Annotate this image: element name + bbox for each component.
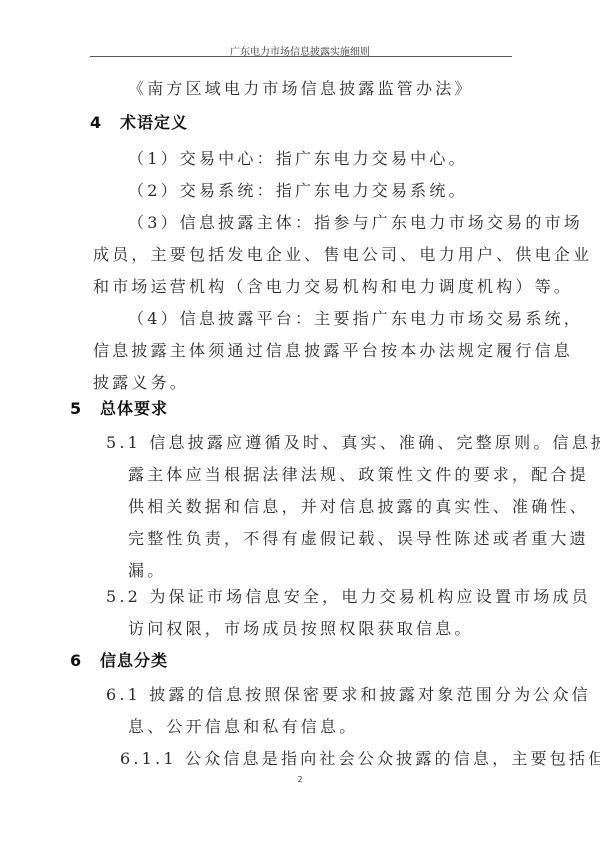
paragraph-line: 5.1 信息披露应遵循及时、真实、准确、完整原则。信息披 (106, 430, 600, 453)
section-title: 信息分类 (100, 651, 168, 670)
section-4-heading: 4术语定义 (90, 110, 188, 133)
paragraph-line: 息、公开信息和私有信息。 (128, 714, 358, 737)
reference-title: 《南方区域电力市场信息披露监管办法》 (128, 76, 474, 99)
paragraph-line: 供相关数据和信息，并对信息披露的真实性、准确性、 (128, 494, 589, 517)
paragraph-line: 披露义务。 (93, 370, 189, 393)
paragraph-line: 漏。 (128, 558, 166, 581)
section-number: 6 (70, 651, 100, 670)
section-5-heading: 5总体要求 (70, 396, 168, 419)
paragraph-line: （4）信息披露平台：主要指广东电力市场交易系统， (128, 306, 583, 329)
paragraph-line: （2）交易系统：指广东电力交易系统。 (128, 178, 468, 201)
paragraph-line: 信息披露主体须通过信息披露平台按本办法规定履行信息 (93, 338, 573, 361)
paragraph-line: 和市场运营机构（含电力交易机构和电力调度机构）等。 (93, 274, 573, 297)
page-number: 2 (0, 775, 600, 784)
paragraph-line: 5.2 为保证市场信息安全，电力交易机构应设置市场成员 (106, 584, 591, 607)
paragraph-line: 完整性负责，不得有虚假记载、误导性陈述或者重大遗 (128, 526, 589, 549)
section-number: 4 (90, 113, 120, 132)
paragraph-line: （1）交易中心：指广东电力交易中心。 (128, 146, 468, 169)
section-6-heading: 6信息分类 (70, 648, 168, 671)
document-page: 广东电力市场信息披露实施细则 《南方区域电力市场信息披露监管办法》 4术语定义 … (0, 0, 600, 848)
paragraph-line: 成员，主要包括发电企业、售电公司、电力用户、供电企业 (93, 242, 592, 265)
paragraph-line: 6.1 披露的信息按照保密要求和披露对象范围分为公众信 (106, 682, 591, 705)
section-title: 总体要求 (100, 399, 168, 418)
paragraph-line: 露主体应当根据法律法规、政策性文件的要求，配合提 (128, 462, 589, 485)
paragraph-line: （3）信息披露主体：指参与广东电力市场交易的市场 (128, 210, 583, 233)
paragraph-line: 6.1.1 公众信息是指向社会公众披露的信息，主要包括但 (120, 746, 600, 769)
header-rule (90, 56, 512, 57)
section-title: 术语定义 (120, 113, 188, 132)
section-number: 5 (70, 399, 100, 418)
paragraph-line: 访问权限，市场成员按照权限获取信息。 (128, 616, 474, 639)
